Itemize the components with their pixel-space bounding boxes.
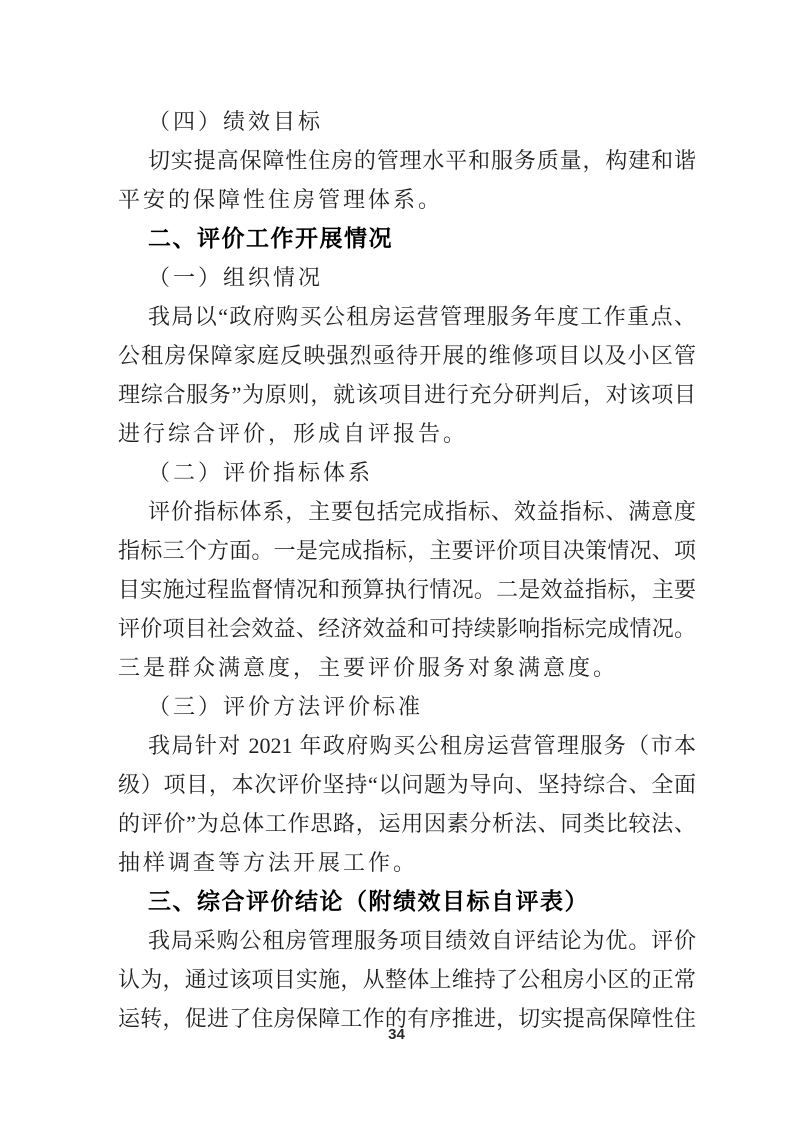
doc-line: 公租房保障家庭反映强烈亟待开展的维修项目以及小区管 bbox=[118, 336, 696, 375]
section-heading-3: 三、综合评价结论（附绩效目标自评表） bbox=[118, 882, 696, 921]
subsection-title-1: （一）组织情况 bbox=[118, 258, 696, 297]
doc-line: 的评价”为总体工作思路，运用因素分析法、同类比较法、 bbox=[118, 804, 696, 843]
doc-line: 我局以“政府购买公租房运营管理服务年度工作重点、 bbox=[118, 297, 696, 336]
subsection-title-2: （二）评价指标体系 bbox=[118, 453, 696, 492]
doc-line: 级）项目，本次评价坚持“以问题为导向、坚持综合、全面 bbox=[118, 765, 696, 804]
doc-line: 认为，通过该项目实施，从整体上维持了公租房小区的正常 bbox=[118, 960, 696, 999]
doc-line: 平安的保障性住房管理体系。 bbox=[118, 180, 696, 219]
page-number: 34 bbox=[0, 1026, 793, 1043]
doc-line: 三是群众满意度，主要评价服务对象满意度。 bbox=[118, 648, 696, 687]
doc-line: 我局针对 2021 年政府购买公租房运营管理服务（市本 bbox=[118, 726, 696, 765]
section-heading-2: 二、评价工作开展情况 bbox=[118, 219, 696, 258]
doc-line: 我局采购公租房管理服务项目绩效自评结论为优。评价 bbox=[118, 921, 696, 960]
document-body: （四）绩效目标 切实提高保障性住房的管理水平和服务质量，构建和谐 平安的保障性住… bbox=[118, 102, 696, 1038]
doc-line: 抽样调查等方法开展工作。 bbox=[118, 843, 696, 882]
doc-line: 理综合服务”为原则，就该项目进行充分研判后，对该项目 bbox=[118, 375, 696, 414]
doc-line: 进行综合评价，形成自评报告。 bbox=[118, 414, 696, 453]
subsection-title-4: （四）绩效目标 bbox=[118, 102, 696, 141]
subsection-title-3: （三）评价方法评价标准 bbox=[118, 687, 696, 726]
doc-line: 切实提高保障性住房的管理水平和服务质量，构建和谐 bbox=[118, 141, 696, 180]
doc-line: 目实施过程监督情况和预算执行情况。二是效益指标，主要 bbox=[118, 570, 696, 609]
doc-line: 指标三个方面。一是完成指标，主要评价项目决策情况、项 bbox=[118, 531, 696, 570]
document-page: （四）绩效目标 切实提高保障性住房的管理水平和服务质量，构建和谐 平安的保障性住… bbox=[0, 0, 793, 1122]
doc-line: 评价项目社会效益、经济效益和可持续影响指标完成情况。 bbox=[118, 609, 696, 648]
doc-line: 评价指标体系，主要包括完成指标、效益指标、满意度 bbox=[118, 492, 696, 531]
